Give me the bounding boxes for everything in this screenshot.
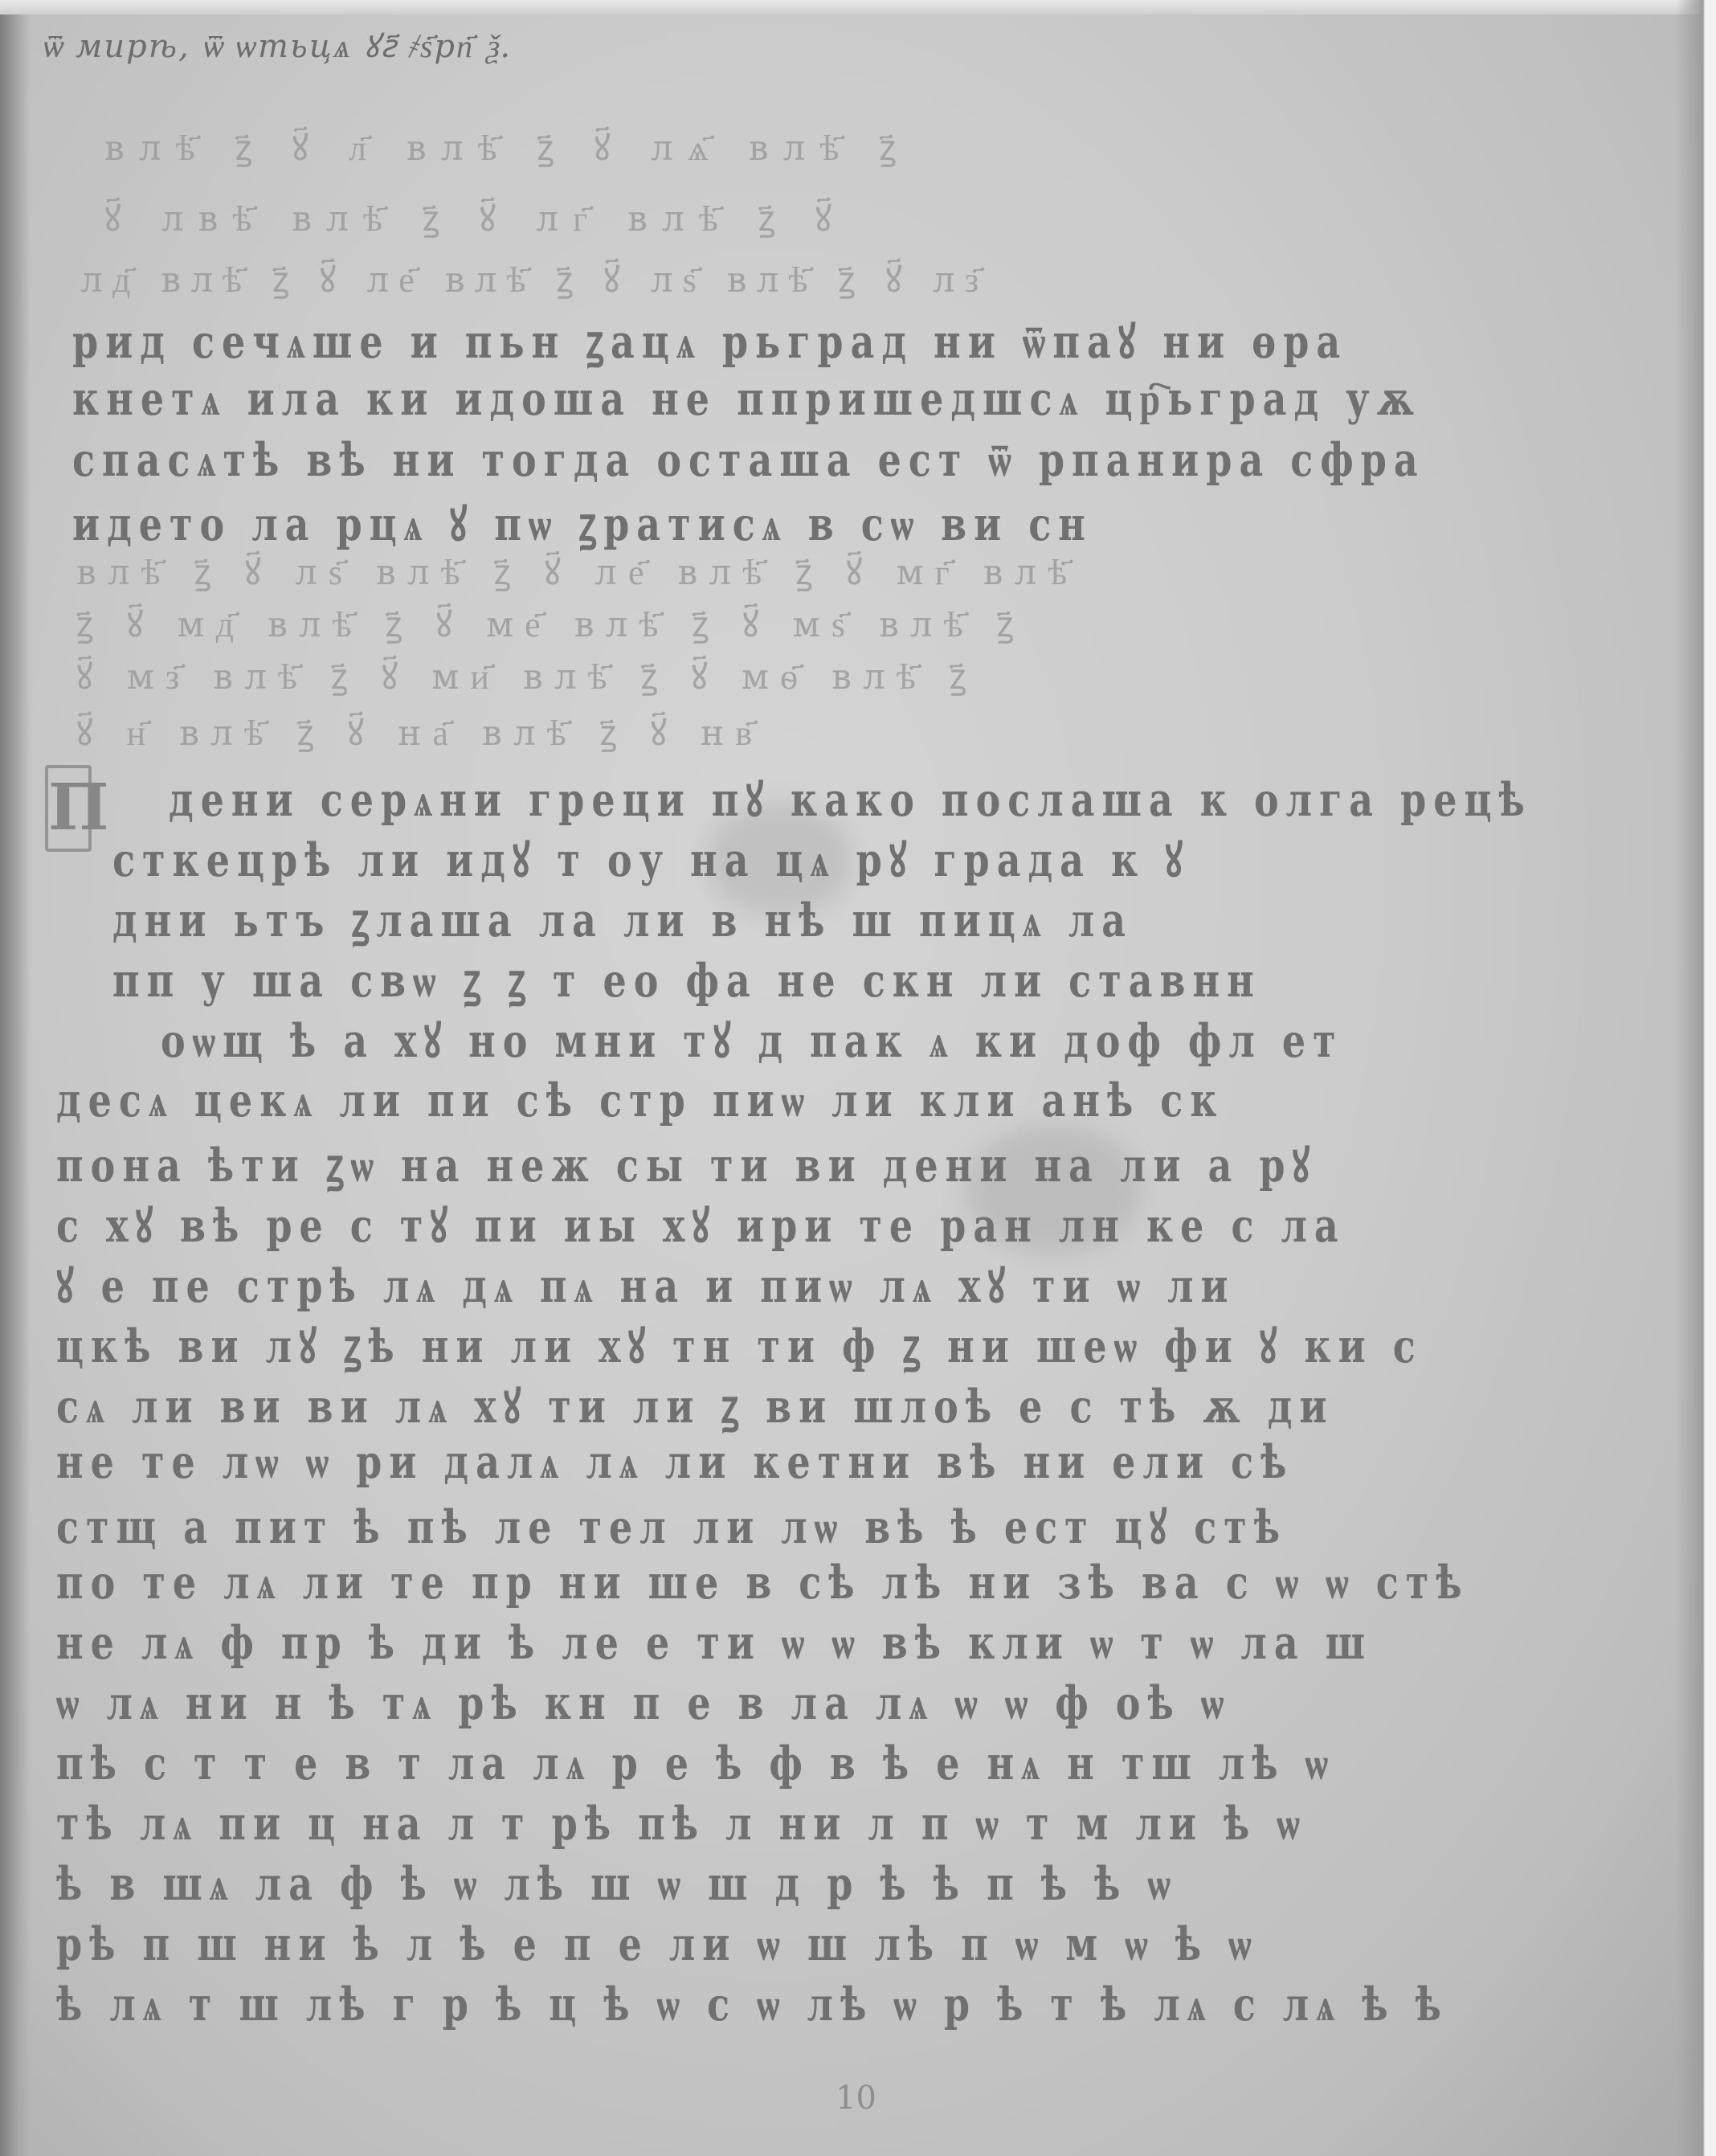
handwritten-top-note: ѿ мирѣ, ѿ ѡтьцѧ ꙋꙅ҃ ҂ѕ҃рп҃ ѯ. — [42, 23, 512, 67]
text-line: цкѣ ви лꙋ ꙁѣ ни ли хꙋ тн ти ф ꙁ ни шеѡ ф… — [56, 1314, 1423, 1377]
table-line: влѣ҃ ꙁ҃ ꙋ҃ л҃ влѣ҃ ꙁ҃ ꙋ҃ лѧ҃ влѣ҃ ꙁ҃ — [104, 122, 910, 170]
table-line: ꙋ҃ н҃ влѣ҃ ꙁ҃ ꙋ҃ на҃ влѣ҃ ꙁ҃ ꙋ҃ нв҃ — [76, 707, 763, 755]
text-line: ѣ лѧ т ш лѣ г р ѣ ц ѣ ѡ с ѡ лѣ ѡ р ѣ т ѣ… — [56, 1977, 1448, 2031]
text-line: пп у ша свѡ ꙁ ꙁ т ео фа не скн ли ставнн — [112, 948, 1261, 1011]
table-line: лд҃ влѣ҃ ꙁ҃ ꙋ҃ ле҃ влѣ҃ ꙁ҃ ꙋ҃ лѕ҃ влѣ҃ ꙁ… — [80, 254, 988, 302]
top-edge — [0, 0, 1716, 14]
text-line: тѣ лѧ пи ц на л т рѣ пѣ л ни л п ѡ т м л… — [56, 1796, 1307, 1851]
text-line: ꙋ е пе стрѣ лѧ дѧ пѧ на и пиѡ лѧ хꙋ ти ѡ… — [56, 1254, 1236, 1316]
text-line: дени серѧни греци пꙋ како послаша к олга… — [169, 767, 1532, 830]
text-line: пѣ с т т е в т ла лѧ р е ѣ ф в ѣ е нѧ н … — [56, 1736, 1335, 1790]
stain — [707, 804, 852, 916]
manuscript-page: ѿ мирѣ, ѿ ѡтьцѧ ꙋꙅ҃ ҂ѕ҃рп҃ ѯ. влѣ҃ ꙁ҃ ꙋ҃… — [0, 0, 1716, 2156]
text-line: спасѧтѣ вѣ ни тогда осташа ест ѿ рпанира… — [72, 432, 1425, 487]
text-line: с хꙋ вѣ ре с тꙋ пи иы хꙋ ири те ран лн к… — [56, 1193, 1346, 1256]
text-line: идето ла рцѧ ꙋ пѡ ꙁратисѧ в сѡ ви сн — [72, 492, 1093, 554]
text-line: ѡ лѧ ни н ѣ тѧ рѣ кн п е в ла лѧ ѡ ѡ ф о… — [56, 1675, 1231, 1730]
drop-cap-initial: П — [45, 765, 92, 852]
table-line: влѣ҃ ꙁ҃ ꙋ҃ лѕ҃ влѣ҃ ꙁ҃ ꙋ҃ ле҃ влѣ҃ ꙁ҃ ꙋ҃… — [76, 546, 1078, 595]
text-line: сткецрѣ ли идꙋ т оу на цѧ рꙋ града к ꙋ — [112, 828, 1190, 890]
text-line: по те лѧ ли те пр ни ше в сѣ лѣ ни зѣ ва… — [56, 1555, 1469, 1610]
text-line: сѧ ли ви ви лѧ хꙋ ти ли ꙁ ви шлоѣ е с тѣ… — [56, 1374, 1334, 1437]
text-line: дни ьтъ ꙁлаша ла ли в нѣ ш пицѧ ла — [112, 888, 1133, 951]
table-line: ꙁ҃ ꙋ҃ мд҃ влѣ҃ ꙁ҃ ꙋ҃ ме҃ влѣ҃ ꙁ҃ ꙋ҃ мѕ҃ … — [76, 599, 1024, 647]
table-line: ꙋ҃ мз҃ влѣ҃ ꙁ҃ ꙋ҃ ми҃ влѣ҃ ꙁ҃ ꙋ҃ мѳ҃ влѣ… — [76, 651, 978, 699]
stain — [964, 1125, 1141, 1254]
text-line: рид сечѧше и пьн ꙁацѧ рьград ни ѿпаꙋ ни … — [72, 309, 1347, 372]
text-line: кнетѧ ила ки идоша не ппришедшсѧ цр҇ьгра… — [72, 371, 1421, 426]
table-line: ꙋ҃ лвѣ҃ влѣ҃ ꙁ҃ ꙋ҃ лг҃ влѣ҃ ꙁ҃ ꙋ҃ — [104, 193, 846, 241]
text-line: ѣ в шѧ ла ф ѣ ѡ лѣ ш ѡ ш д р ѣ ѣ п ѣ ѣ ѡ — [56, 1856, 1178, 1911]
text-line: десѧ цекѧ ли пи сѣ стр пиѡ ли кли анѣ ск — [56, 1073, 1224, 1127]
text-line: оѡщ ѣ а хꙋ но мни тꙋ д пак ѧ ки доф фл е… — [161, 1008, 1343, 1071]
text-line: стщ а пит ѣ пѣ ле тел ли лѡ вѣ ѣ ест цꙋ … — [56, 1495, 1287, 1557]
text-line: не те лѡ ѡ ри далѧ лѧ ли кетни вѣ ни ели… — [56, 1434, 1293, 1489]
text-line: не лѧ ф пр ѣ ди ѣ ле е ти ѡ ѡ вѣ кли ѡ т… — [56, 1615, 1372, 1670]
text-line: рѣ п ш ни ѣ л ѣ е п е ли ѡ ш лѣ п ѡ м ѡ … — [56, 1917, 1259, 1971]
page-number: 10 — [836, 2080, 876, 2117]
